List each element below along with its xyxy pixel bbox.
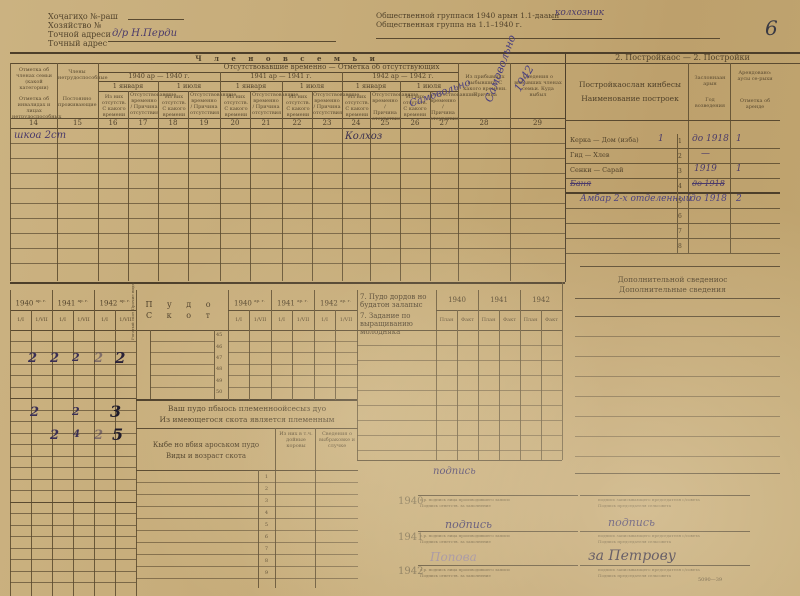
- building-row: 7: [566, 224, 780, 239]
- additional-title-2: Дополнительные сведения: [565, 286, 780, 294]
- address-value: д/р Н.Перди: [112, 28, 177, 39]
- signature-caption: Подпись ответств. за заполнение: [420, 503, 491, 508]
- livestock-year-1941: 1941 ар. г.: [52, 297, 94, 308]
- vertical-livestock-label: Рогатый скот Прочие виды: [130, 280, 135, 340]
- building-count: 1: [658, 134, 664, 144]
- pedigree-title-1: Ваш пудо пбыось племенноойсесыз дуо: [136, 405, 358, 413]
- building-row: Баня 4 до 1918: [566, 179, 780, 194]
- subcol: 1/VII: [31, 317, 52, 323]
- livestock-title-2: С к о т: [136, 311, 226, 320]
- subheader-a: Из них отсутств. С какого времени: [284, 94, 312, 118]
- building-row: 8: [566, 239, 780, 254]
- household-label-1: Хоҷагиҳо №-раш: [48, 12, 118, 21]
- livestock-count: 2: [28, 351, 37, 366]
- signature-caption: подпись записывающего председателя с/сов…: [598, 497, 700, 502]
- subcol: 1/I: [271, 317, 292, 323]
- subcol: 1/I: [52, 317, 73, 323]
- sowing-year: 1941: [478, 297, 520, 305]
- building-row: 6: [566, 209, 780, 224]
- pedigree-kind-1: Кыбе но вбия ароськом пудо: [136, 442, 276, 450]
- year-1940-header: 1940 ар — 1940 г.: [98, 73, 220, 81]
- pedigree-row-numbers: 1 2 3 4 5 6 7 8 9: [258, 471, 275, 579]
- col15-header-top: Члены нетрудоспособные: [58, 69, 96, 81]
- signature-1942-left: Попова: [430, 550, 477, 564]
- signature-caption: Подпись председателя сельсовета: [598, 503, 671, 508]
- sowing-label-1: 7. Пудо дордов но будатон залапыс: [360, 293, 436, 309]
- row-number: 48: [216, 366, 222, 372]
- building-name-header-1: Постройкаослан кинбесы: [570, 81, 690, 89]
- handwritten-row1-col24: Колхоз: [345, 131, 382, 142]
- period-1942-jan: 1 января: [342, 83, 400, 91]
- subheader-b: Отсутствовавшие временно / Причина отсут…: [130, 92, 158, 116]
- col-number: 24: [342, 119, 370, 127]
- subcol: 1/VII: [335, 317, 357, 323]
- livestock-year-1940: 1940 ар. г.: [10, 297, 52, 308]
- subcol: План: [436, 317, 457, 323]
- livestock-title-1: П у д о: [136, 300, 226, 309]
- subcol: План: [478, 317, 499, 323]
- col-number: 14: [10, 119, 57, 127]
- building-mark: 1: [736, 164, 742, 174]
- livestock-right-year-1941: 1941 ар. г.: [271, 297, 314, 308]
- subheader-b: Отсутствовавшие временно / Причина отсут…: [313, 92, 341, 116]
- building-year: —: [701, 149, 710, 159]
- signature-caption: Подпись ответств. за заполнение: [420, 539, 491, 544]
- subheader-b: Отсутствовавшие временно / Причина отсут…: [252, 92, 280, 116]
- building-year-header-1: Заслоннаан арын: [690, 75, 730, 87]
- subcol: 1/VII: [73, 317, 94, 323]
- group-value: колхозник: [555, 8, 604, 18]
- col-number: 17: [128, 119, 158, 127]
- sowing-year: 1940: [436, 297, 478, 305]
- col-number: 19: [188, 119, 220, 127]
- pedigree-title-2: Из имеющегося скота является племенным: [136, 416, 358, 424]
- col-number: 25: [370, 119, 400, 127]
- building-row-number: 5: [678, 197, 682, 206]
- signature-1941-right: подпись: [608, 516, 655, 529]
- subcol: 1/I: [314, 317, 335, 323]
- subcol: 1/VII: [249, 317, 271, 323]
- col-number: 18: [158, 119, 188, 127]
- building-row-number: 1: [678, 137, 682, 146]
- building-row-number: 3: [678, 167, 682, 176]
- signature-caption: Подпись ответств. за заполнение: [420, 573, 491, 578]
- building-name-header-2: Наименование построек: [570, 95, 690, 103]
- subcol: 1/VII: [292, 317, 314, 323]
- subcol: 1/I: [10, 317, 31, 323]
- signature-1942-right: за Петрову: [588, 548, 676, 564]
- building-row: Амбар 2-х отделенный 5 до 1918 2: [566, 194, 780, 209]
- building-year-header-2: Год возведения: [690, 97, 730, 109]
- col-number: 29: [510, 119, 565, 127]
- signature-caption: с.р. подпись лица производившего записи: [420, 497, 510, 502]
- subcol: 1/I: [94, 317, 115, 323]
- building-year: до 1918: [690, 194, 727, 204]
- building-name: Керка — Дом (изба): [570, 136, 639, 145]
- building-rent-header-1: Арендовано: аусы се-рыхи: [732, 70, 778, 82]
- col-number: 15: [57, 119, 98, 127]
- building-row-number: 7: [678, 227, 682, 236]
- pedigree-col-b: Сведения о выбраковке и случке: [317, 431, 357, 449]
- address-label-1: Точной адреси: [48, 30, 111, 39]
- handwritten-row1-col14: шкоа 2ст: [14, 130, 66, 141]
- subcol: Факт: [541, 317, 562, 323]
- year-1942-header: 1942 ар — 1942 г.: [342, 73, 464, 81]
- building-name: Сенки — Сарай: [570, 166, 623, 175]
- period-1940-jan: 1 января: [98, 83, 158, 91]
- row-number: 50: [216, 389, 222, 395]
- period-1940-jul: 1 июля: [158, 83, 220, 91]
- building-name: Баня: [570, 179, 591, 188]
- col14-header-top: Отметка об членах семьи (какой категории…: [12, 67, 56, 91]
- group-label-2: Общественная группа на 1.1–1940 г.: [376, 20, 522, 29]
- livestock-count: 2: [115, 349, 125, 367]
- livestock-count: 3: [110, 402, 121, 421]
- year-1941-header: 1941 ар — 1941 г.: [220, 73, 342, 81]
- livestock-count: 2: [50, 351, 59, 366]
- archival-document-page: Хоҷагиҳо №-раш Хозяйство № Точной адреси…: [0, 0, 800, 596]
- subheader-a: Из них отсутств. С какого времени: [100, 94, 128, 118]
- livestock-count: 5: [112, 425, 123, 444]
- sowing-label-2: 7. Задание по выращиванию молодняка: [360, 312, 436, 336]
- subcol: 1/I: [228, 317, 249, 323]
- period-1941-jan: 1 января: [220, 83, 282, 91]
- livestock-count: 2: [94, 428, 103, 443]
- signature-caption: Подпись председателя сельсовета: [598, 573, 671, 578]
- sowing-year: 1942: [520, 297, 562, 305]
- building-name: Амбар 2-х отделенный: [580, 194, 692, 204]
- subcol: Факт: [457, 317, 478, 323]
- building-year: до 1918: [692, 179, 725, 188]
- row-number: 46: [216, 344, 222, 350]
- row-number: 49: [216, 378, 222, 384]
- family-section-title: Ч л е н о в с е м ь и: [10, 54, 565, 63]
- building-row: Гид — Хлев 2 —: [566, 149, 780, 164]
- building-row-number: 2: [678, 152, 682, 161]
- subheader-b: Отсутствовавшие временно / Причина отсут…: [190, 92, 218, 116]
- signature-above: подпись: [433, 466, 476, 477]
- row-number: 47: [216, 355, 222, 361]
- building-mark: 2: [736, 194, 742, 204]
- col-number: 26: [400, 119, 430, 127]
- building-row-number: 4: [678, 182, 682, 191]
- building-row-number: 6: [678, 212, 682, 221]
- col-number: 27: [430, 119, 458, 127]
- building-row-number: 8: [678, 242, 682, 251]
- page-number: 6: [765, 16, 778, 40]
- buildings-title: 2. Постройкаос — 2. Постройки: [565, 54, 800, 62]
- col14-header-bottom: Отметка об инвалидах и лицах нетрудоспос…: [12, 96, 56, 120]
- signature-caption: с.р. подпись лица производившего записи: [420, 567, 510, 572]
- col-number: 23: [312, 119, 342, 127]
- household-label-2: Хозяйство №: [48, 21, 102, 30]
- building-name: Гид — Хлев: [570, 151, 610, 160]
- col-number: 22: [282, 119, 312, 127]
- additional-title-1: Дополнительной сведениос: [565, 276, 780, 284]
- col-number: 16: [98, 119, 128, 127]
- subcol: План: [520, 317, 541, 323]
- livestock-count: 2: [94, 351, 103, 366]
- subheader-a: Из них отсутств. С какого времени: [160, 94, 188, 118]
- row-number: 45: [216, 332, 222, 338]
- building-year: 1919: [694, 164, 717, 174]
- subcol: Факт: [499, 317, 520, 323]
- building-row: Сенки — Сарай 3 1919 1: [566, 164, 780, 179]
- signature-caption: подпись записывающего председателя с/сов…: [598, 567, 700, 572]
- col-number: 28: [458, 119, 510, 127]
- col-number: 20: [220, 119, 250, 127]
- col-number: 21: [250, 119, 282, 127]
- livestock-right-year-1942: 1942 ар. г.: [314, 297, 357, 308]
- livestock-count: 2: [72, 405, 80, 418]
- signature-1941-left: подпись: [445, 518, 492, 531]
- livestock-count: 2: [50, 428, 59, 443]
- period-1941-jul: 1 июля: [282, 83, 342, 91]
- signature-caption: с.р. подпись лица производившего записи: [420, 533, 510, 538]
- pedigree-kind-2: Виды и возраст скота: [136, 453, 276, 461]
- livestock-count: 2: [72, 351, 80, 364]
- subheader-a: Из них отсутств. С какого времени: [344, 94, 370, 118]
- building-mark: 1: [736, 134, 742, 144]
- building-year: до 1918: [692, 134, 729, 144]
- livestock-count: 2: [30, 405, 39, 420]
- livestock-count: 4: [73, 429, 80, 440]
- print-code: 5090—39: [698, 577, 722, 583]
- col15-header-bottom: Постоянно проживающие: [58, 96, 96, 108]
- address-label-2: Точный адрес: [48, 39, 107, 48]
- group-label-1: Обшественной группаси 1940 арын 1.1-дааы…: [376, 11, 559, 20]
- building-row: Керка — Дом (изба) 1 1 до 1918 1: [566, 134, 780, 149]
- signature-caption: подпись записывающего председателя с/сов…: [598, 533, 700, 538]
- pedigree-col-a: Из них в т.ч. дойные коровы: [277, 431, 315, 449]
- livestock-right-year-1940: 1940 ар. г.: [228, 297, 271, 308]
- signature-caption: Подпись председателя сельсовета: [598, 539, 671, 544]
- subheader-a: Из них отсутств. С какого времени: [222, 94, 250, 118]
- building-rent-header-2: Отметка об аренде: [732, 98, 778, 110]
